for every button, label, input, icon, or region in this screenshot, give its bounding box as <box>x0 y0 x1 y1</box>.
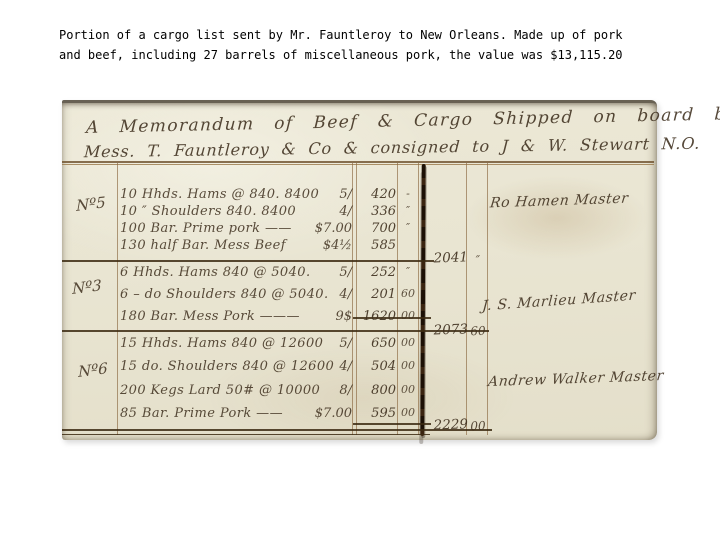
ledger-row: 180 Bar. Mess Pork ——— 9$ 1620 00 <box>62 309 657 326</box>
caption-line-2: and beef, including 27 barrels of miscel… <box>59 45 623 65</box>
section-1-divider <box>62 260 434 262</box>
row-amount-cents: 00 <box>400 406 416 419</box>
row-amount-dollars: 336 <box>361 204 396 219</box>
row-amount-cents: ″ <box>400 204 416 217</box>
row-price: 5/ <box>280 336 352 351</box>
row-price: 4/ <box>280 287 352 302</box>
row-description: 85 Bar. Prime Pork —— <box>120 406 283 421</box>
row-description: 10 ″ Shoulders 840. 8400 <box>120 204 296 219</box>
row-amount-dollars: 650 <box>361 336 396 351</box>
row-price: 9$ <box>280 309 352 324</box>
ledger-row: 130 half Bar. Mess Beef $4½ 585 <box>62 238 657 255</box>
row-price: 4/ <box>280 359 352 374</box>
ledger-row: 85 Bar. Prime Pork —— $7.00 595 00 <box>62 406 657 423</box>
row-amount-cents: ″ <box>400 265 416 278</box>
caption-line-1: Portion of a cargo list sent by Mr. Faun… <box>59 25 623 45</box>
row-amount-cents: 00 <box>400 309 416 322</box>
row-amount-cents: 60 <box>400 287 416 300</box>
row-amount-dollars: 504 <box>361 359 396 374</box>
slide: Portion of a cargo list sent by Mr. Faun… <box>0 0 720 540</box>
row-amount-dollars: 420 <box>361 187 396 202</box>
row-price: 8/ <box>280 383 352 398</box>
row-amount-cents: ″ <box>400 221 416 234</box>
row-price: 5/ <box>280 187 352 202</box>
row-amount-dollars: 1620 <box>361 309 396 324</box>
row-amount-dollars: 595 <box>361 406 396 421</box>
ledger-row: 100 Bar. Prime pork —— $7.00 700 ″ <box>62 221 657 238</box>
section-2-divider <box>62 330 489 332</box>
row-amount-dollars: 800 <box>361 383 396 398</box>
row-amount-cents: 00 <box>400 359 416 372</box>
table-top-rule <box>62 161 654 163</box>
row-amount-cents: - <box>400 187 416 200</box>
row-price: 4/ <box>280 204 352 219</box>
row-price: $7.00 <box>280 406 352 421</box>
row-price: $4½ <box>280 238 352 253</box>
cargo-list-document: A Memorandum of Beef & Cargo Shipped on … <box>62 100 657 440</box>
row-amount-dollars: 700 <box>361 221 396 236</box>
row-price: 5/ <box>280 265 352 280</box>
row-description: 180 Bar. Mess Pork ——— <box>120 309 300 324</box>
table-bottom-rule-2 <box>62 434 430 435</box>
sum-underline-595 <box>353 423 431 425</box>
row-amount-dollars: 585 <box>361 238 396 253</box>
row-amount-cents: 00 <box>400 336 416 349</box>
row-amount-cents: 00 <box>400 383 416 396</box>
ledger-header-line-2: Mess. T. Fauntleroy & Co & consigned to … <box>83 134 700 162</box>
table-top-rule-2 <box>62 164 654 165</box>
row-price: $7.00 <box>280 221 352 236</box>
ledger-row: 15 Hhds. Hams 840 @ 12600 5/ 650 00 <box>62 336 657 353</box>
ledger-row: 6 Hhds. Hams 840 @ 5040. 5/ 252 ″ <box>62 265 657 282</box>
row-amount-dollars: 201 <box>361 287 396 302</box>
ledger-header-line-1: A Memorandum of Beef & Cargo Shipped on … <box>86 104 720 138</box>
section-total-dollars: 2229 <box>428 416 469 433</box>
row-description: 100 Bar. Prime pork —— <box>120 221 292 236</box>
section-total-cents: 00 <box>469 419 487 434</box>
row-amount-dollars: 252 <box>361 265 396 280</box>
row-description: 130 half Bar. Mess Beef <box>120 238 286 253</box>
